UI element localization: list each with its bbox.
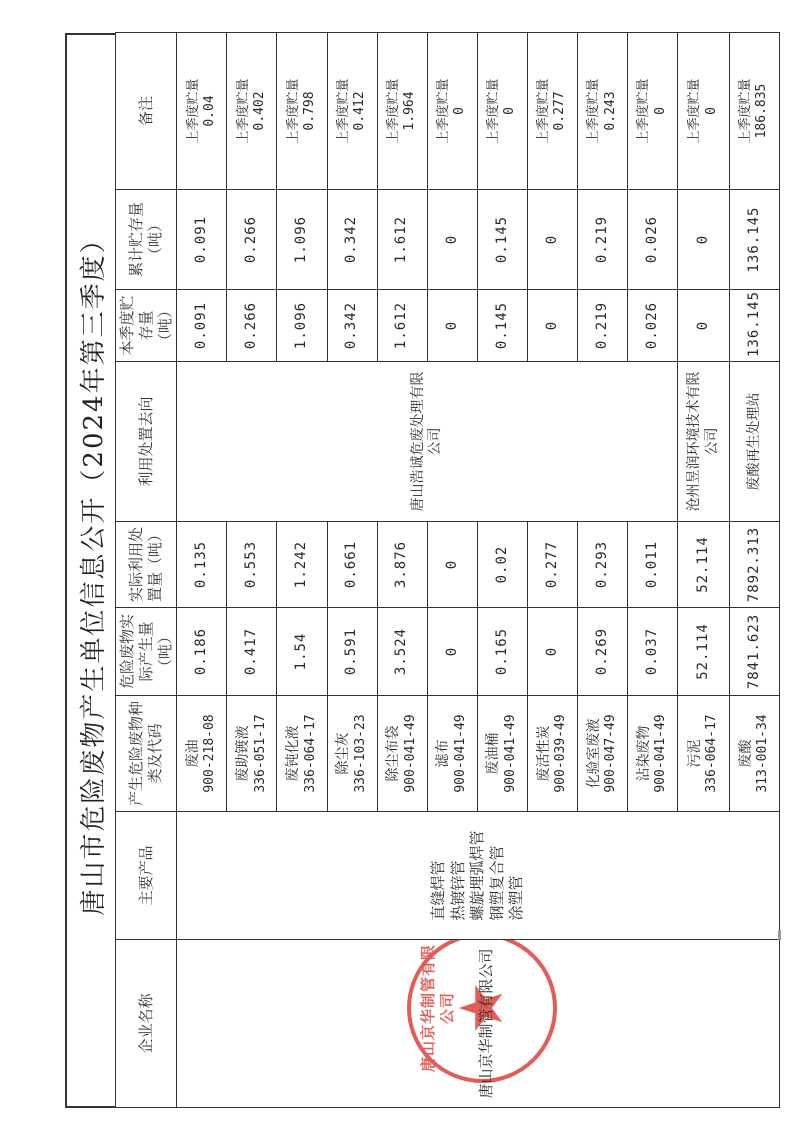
generated-cell: 0.037: [628, 608, 678, 696]
generated-cell: 0: [527, 608, 577, 696]
waste-name: 废钝化液: [285, 700, 303, 807]
company-name: 唐山京华制管有限公司: [477, 946, 496, 1101]
utilized-cell: 3.876: [377, 522, 427, 608]
cumulative-storage-cell: 1.612: [377, 190, 427, 290]
quarter-storage-cell: 0: [427, 290, 477, 362]
generated-cell: 0.417: [227, 608, 277, 696]
remark-cell: 上季度贮量 0.412: [327, 33, 377, 190]
waste-name: 污泥: [687, 700, 705, 807]
header-quarter-storage: 本季度贮存量（吨）: [116, 290, 177, 362]
quarter-storage-cell: 0.219: [578, 290, 628, 362]
waste-code: 336-051-17: [253, 700, 269, 807]
remark-value: 0.798: [302, 37, 318, 185]
company-cell: 唐山京华制管有限公司 ★ 唐山京华制管有限公司: [177, 940, 780, 1108]
remark-value: 0.277: [552, 37, 568, 185]
quarter-storage-cell: 136.145: [729, 290, 779, 362]
utilized-cell: 0.277: [527, 522, 577, 608]
generated-cell: 0: [427, 608, 477, 696]
header-destination: 利用处置去向: [116, 362, 177, 522]
remark-cell: 上季度贮量 0.798: [277, 33, 327, 190]
remark-label: 上季度贮量: [236, 37, 252, 185]
waste-code: 900-041-49: [503, 700, 519, 807]
remark-value: 0.402: [252, 37, 268, 185]
remark-value: 0: [452, 37, 468, 185]
waste-name: 废酸: [738, 700, 756, 807]
hazardous-waste-table: 企业名称 主要产品 产生危险废物种类及代码 危险废物实际产生量（吨） 实际利用处…: [115, 32, 780, 1108]
remark-cell: 上季度贮量 186.835: [729, 33, 779, 190]
quarter-storage-cell: 0: [678, 290, 730, 362]
utilized-cell: 0.293: [578, 522, 628, 608]
header-actual-generated: 危险废物实际产生量（吨）: [116, 608, 177, 696]
seal-text: 唐山京华制管有限公司: [419, 940, 457, 1080]
main-products-cell: 直缝焊管热镀锌管螺旋埋弧焊管钢塑复合管涂塑管: [177, 812, 780, 940]
product-item: 钢塑复合管: [488, 831, 508, 921]
cumulative-storage-cell: 0: [527, 190, 577, 290]
remark-label: 上季度贮量: [436, 37, 452, 185]
remark-cell: 上季度贮量 1.964: [377, 33, 427, 190]
remark-cell: 上季度贮量 0.277: [527, 33, 577, 190]
cumulative-storage-cell: 0.026: [628, 190, 678, 290]
waste-type-cell: 废助镀液 336-051-17: [227, 696, 277, 812]
header-company: 企业名称: [116, 940, 177, 1108]
remark-label: 上季度贮量: [636, 37, 652, 185]
cumulative-storage-cell: 0: [427, 190, 477, 290]
remark-value: 0: [704, 37, 720, 185]
utilized-cell: 1.242: [277, 522, 327, 608]
table-row: 唐山京华制管有限公司 ★ 唐山京华制管有限公司 直缝焊管热镀锌管螺旋埋弧焊管钢塑…: [177, 33, 227, 1108]
quarter-storage-cell: 1.612: [377, 290, 427, 362]
remark-cell: 上季度贮量 0.04: [177, 33, 227, 190]
waste-code: 900-039-49: [553, 700, 569, 807]
waste-type-cell: 化验室废液 900-047-49: [578, 696, 628, 812]
utilized-cell: 0.02: [477, 522, 527, 608]
utilized-cell: 0.011: [628, 522, 678, 608]
waste-type-cell: 废油桶 900-041-49: [477, 696, 527, 812]
quarter-storage-cell: 0.342: [327, 290, 377, 362]
remark-value: 0.412: [352, 37, 368, 185]
product-item: 热镀锌管: [449, 831, 469, 921]
waste-code: 900-041-49: [453, 700, 469, 807]
remark-value: 0: [653, 37, 669, 185]
destination-cell: 沧州昱润环境技术有限公司: [678, 362, 730, 522]
waste-name: 废油: [185, 700, 203, 807]
quarter-storage-cell: 0.026: [628, 290, 678, 362]
generated-cell: 1.54: [277, 608, 327, 696]
remark-label: 上季度贮量: [186, 37, 202, 185]
utilized-cell: 0.661: [327, 522, 377, 608]
remark-value: 1.964: [402, 37, 418, 185]
quarter-storage-cell: 0.091: [177, 290, 227, 362]
remark-cell: 上季度贮量 0: [628, 33, 678, 190]
waste-name: 废油桶: [485, 700, 503, 807]
generated-cell: 0.269: [578, 608, 628, 696]
destination-cell: 唐山浩诚危废处理有限公司: [177, 362, 678, 522]
waste-code: 900-041-49: [653, 700, 669, 807]
waste-name: 沾染废物: [636, 700, 654, 807]
remark-cell: 上季度贮量 0: [477, 33, 527, 190]
header-row: 企业名称 主要产品 产生危险废物种类及代码 危险废物实际产生量（吨） 实际利用处…: [116, 33, 177, 1108]
waste-name: 化验室废液: [586, 700, 604, 807]
waste-type-cell: 废活性炭 900-039-49: [527, 696, 577, 812]
generated-cell: 0.186: [177, 608, 227, 696]
remark-cell: 上季度贮量 0.402: [227, 33, 277, 190]
waste-name: 除尘布袋: [385, 700, 403, 807]
waste-name: 滤布: [435, 700, 453, 807]
generated-cell: 0.591: [327, 608, 377, 696]
header-remarks: 备注: [116, 33, 177, 190]
waste-type-cell: 废油 900-218-08: [177, 696, 227, 812]
remark-label: 上季度贮量: [536, 37, 552, 185]
remark-label: 上季度贮量: [687, 37, 703, 185]
quarter-storage-cell: 0.145: [477, 290, 527, 362]
remark-value: 0.243: [603, 37, 619, 185]
remark-label: 上季度贮量: [486, 37, 502, 185]
utilized-cell: 7892.313: [729, 522, 779, 608]
remark-cell: 上季度贮量 0: [427, 33, 477, 190]
waste-type-cell: 废钝化液 336-064-17: [277, 696, 327, 812]
waste-type-cell: 除尘灰 336-103-23: [327, 696, 377, 812]
waste-code: 336-064-17: [704, 700, 720, 807]
header-products: 主要产品: [116, 812, 177, 940]
remark-value: 0.04: [202, 37, 218, 185]
generated-cell: 3.524: [377, 608, 427, 696]
remark-cell: 上季度贮量 0: [678, 33, 730, 190]
remark-label: 上季度贮量: [336, 37, 352, 185]
utilized-cell: 0.135: [177, 522, 227, 608]
remark-value: 0: [502, 37, 518, 185]
generated-cell: 7841.623: [729, 608, 779, 696]
quarter-storage-cell: 0: [527, 290, 577, 362]
quarter-storage-cell: 1.096: [277, 290, 327, 362]
remark-cell: 上季度贮量 0.243: [578, 33, 628, 190]
header-actual-utilized: 实际利用处置量（吨）: [116, 522, 177, 608]
cumulative-storage-cell: 0.266: [227, 190, 277, 290]
waste-code: 900-218-08: [202, 700, 218, 807]
generated-cell: 52.114: [678, 608, 730, 696]
destination-cell: 废酸再生处理站: [729, 362, 779, 522]
header-cumulative-storage: 累计贮存量（吨）: [116, 190, 177, 290]
utilized-cell: 0: [427, 522, 477, 608]
remark-value: 186.835: [754, 37, 770, 185]
product-item: 螺旋埋弧焊管: [468, 831, 488, 921]
waste-type-cell: 沾染废物 900-041-49: [628, 696, 678, 812]
waste-code: 336-103-23: [353, 700, 369, 807]
waste-code: 336-064-17: [303, 700, 319, 807]
cumulative-storage-cell: 0.219: [578, 190, 628, 290]
waste-type-cell: 废酸 313-001-34: [729, 696, 779, 812]
waste-name: 废活性炭: [536, 700, 554, 807]
quarter-storage-cell: 0.266: [227, 290, 277, 362]
waste-type-cell: 除尘布袋 900-041-49: [377, 696, 427, 812]
document-title: 唐山市危险废物产生单位信息公开（2024年第三季度）: [65, 33, 115, 1108]
remark-label: 上季度贮量: [286, 37, 302, 185]
utilized-cell: 0.553: [227, 522, 277, 608]
cumulative-storage-cell: 0.145: [477, 190, 527, 290]
waste-code: 900-041-49: [403, 700, 419, 807]
waste-name: 废助镀液: [235, 700, 253, 807]
product-item: 直缝焊管: [429, 831, 449, 921]
cumulative-storage-cell: 0: [678, 190, 730, 290]
waste-name: 除尘灰: [335, 700, 353, 807]
utilized-cell: 52.114: [678, 522, 730, 608]
cumulative-storage-cell: 0.091: [177, 190, 227, 290]
waste-type-cell: 污泥 336-064-17: [678, 696, 730, 812]
header-waste-type: 产生危险废物种类及代码: [116, 696, 177, 812]
rotated-sheet: 唐山市危险废物产生单位信息公开（2024年第三季度） 企业名称 主要产品 产生危…: [65, 33, 780, 1108]
cumulative-storage-cell: 136.145: [729, 190, 779, 290]
remark-label: 上季度贮量: [386, 37, 402, 185]
waste-type-cell: 滤布 900-041-49: [427, 696, 477, 812]
waste-code: 313-001-34: [755, 700, 771, 807]
scan-artifact: [778, 930, 781, 940]
remark-label: 上季度贮量: [738, 37, 754, 185]
cumulative-storage-cell: 0.342: [327, 190, 377, 290]
waste-code: 900-047-49: [603, 700, 619, 807]
cumulative-storage-cell: 1.096: [277, 190, 327, 290]
main-products-list: 直缝焊管热镀锌管螺旋埋弧焊管钢塑复合管涂塑管: [429, 831, 527, 921]
product-item: 涂塑管: [507, 831, 527, 921]
remark-label: 上季度贮量: [586, 37, 602, 185]
generated-cell: 0.165: [477, 608, 527, 696]
